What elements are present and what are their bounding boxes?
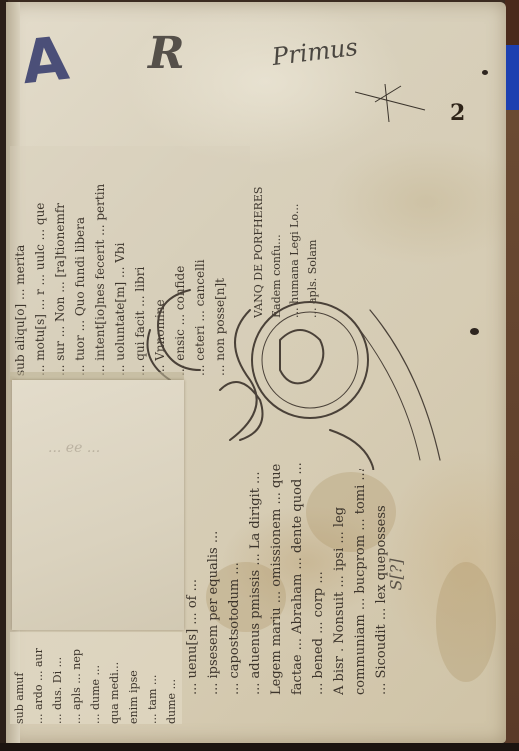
text-line: dume ... [162,632,181,724]
text-line: ... ipsesem per equalis ... [203,395,224,695]
text-line: ... apls ... nep [67,632,86,724]
manuscript-fragment-lower: ... uenu[s] ... of ... ... ipsesem per e… [182,395,422,695]
text-line: sub amuf [10,632,29,724]
text-line: ... uenu[s] ... of ... [182,395,203,695]
text-line: ... ardo ... aur [29,632,48,724]
manuscript-photo: A R Primus 2 sub aliqu[o] ... merita ...… [0,0,519,751]
faded-scrawl: ... ee ... [48,440,100,456]
text-line: ... sur ... Non ... [ra]tionemfr [50,146,70,376]
text-line: A bisr . Nonsuit ... ipsi ... leg [329,395,350,695]
text-line: ... motu[s] ... r ... uulc ... que [30,146,50,376]
text-line: ... dume ... [86,632,105,724]
background-right-edge [505,0,519,751]
text-line: ... tuor ... Quo fundi libera [70,146,90,376]
text-line: ... intent[io]nes fecerit ... pertin [90,146,110,376]
background-bottom-edge [0,743,519,751]
paper-label-patch: ... ee ... [12,380,184,630]
text-line: ... tam ... [143,632,162,724]
corner-number: 2 [450,100,465,126]
text-line: ... dus. Di ... [48,632,67,724]
text-line: ... Sicoudit ... lex quepossess [371,395,392,695]
manuscript-fragment-bottom-left: sub amuf ... ardo ... aur ... dus. Di ..… [10,632,182,724]
text-line: ... uoluntate[m] ... Vbi [110,146,130,376]
text-line: Legem mariu ... omissionem ... que [266,395,287,695]
text-line: qua medi... [105,632,124,724]
stain [436,562,496,682]
text-line: communiam ... bucprom ... tomi ... [350,395,371,695]
text-line: factae ... Abraham ... dente quod ... [287,395,308,695]
text-line: ... bened ... corp ... [308,395,329,695]
shelf-letter: A [18,24,70,98]
ink-blot [470,328,479,335]
ornate-initial: R [148,28,185,79]
text-line: ... capostsotodum ... [224,395,245,695]
text-line: enim ipse [124,632,143,724]
text-line: sub aliqu[o] ... merita [10,146,30,376]
small-signature-mark: S[?] [387,558,406,590]
ink-blot [482,70,488,75]
compass-star-doodle-icon [355,82,435,122]
text-line: ... aduenus pmissis ... La dirigit ... [245,395,266,695]
